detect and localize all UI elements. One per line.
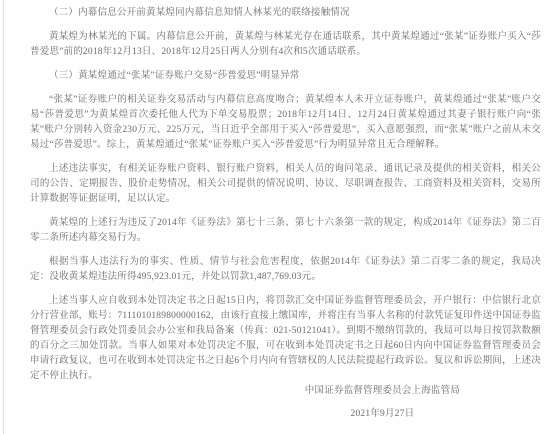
issuer-signature: 中国证券监督管理委员会上海监管局 [305, 384, 460, 399]
paragraph-contact-details: 黄某煌为林某光的下属。内幕信息公开前，黄某煌与林某光存在通话联系，其中黄某煌通过… [30, 30, 541, 60]
issue-date: 2021年9月27日 [305, 407, 460, 422]
paragraph-violation: 黄某煌的上述行为违反了2014年《证券法》第七十三条、第七十六条第一款的规定，构… [30, 216, 541, 246]
signature-block: 中国证券监督管理委员会上海监管局 2021年9月27日 [305, 384, 460, 422]
section-heading-ii: （二）内幕信息公开前黄某煌同内幕信息知情人林某光的联络接触情况 [30, 6, 541, 21]
paragraph-payment-instructions: 上述当事人应自收到本处罚决定书之日起15日内，将罚款汇交中国证券监督管理委员会，… [30, 294, 541, 384]
paragraph-abnormal-trading: “张某”证券账户的相关证券交易活动与内幕信息高度吻合；黄某煌本人未开立证券账户，… [30, 93, 541, 153]
paragraph-penalty-decision: 根据当事人违法行为的事实、性质、情节与社会危害程度，依据2014年《证券法》第二… [30, 255, 541, 285]
paragraph-evidence: 上述违法事实，有相关证券账户资料、银行账户资料，相关人员的询问笔录、通讯记录及提… [30, 162, 541, 207]
scan-edge [3, 0, 4, 434]
document-page: （二）内幕信息公开前黄某煌同内幕信息知情人林某光的联络接触情况 黄某煌为林某光的… [0, 0, 553, 434]
document-body: （二）内幕信息公开前黄某煌同内幕信息知情人林某光的联络接触情况 黄某煌为林某光的… [30, 6, 541, 393]
section-heading-iii: （三）黄某煌通过“张某”证券账户交易“莎普爱思”明显异常 [30, 69, 541, 84]
